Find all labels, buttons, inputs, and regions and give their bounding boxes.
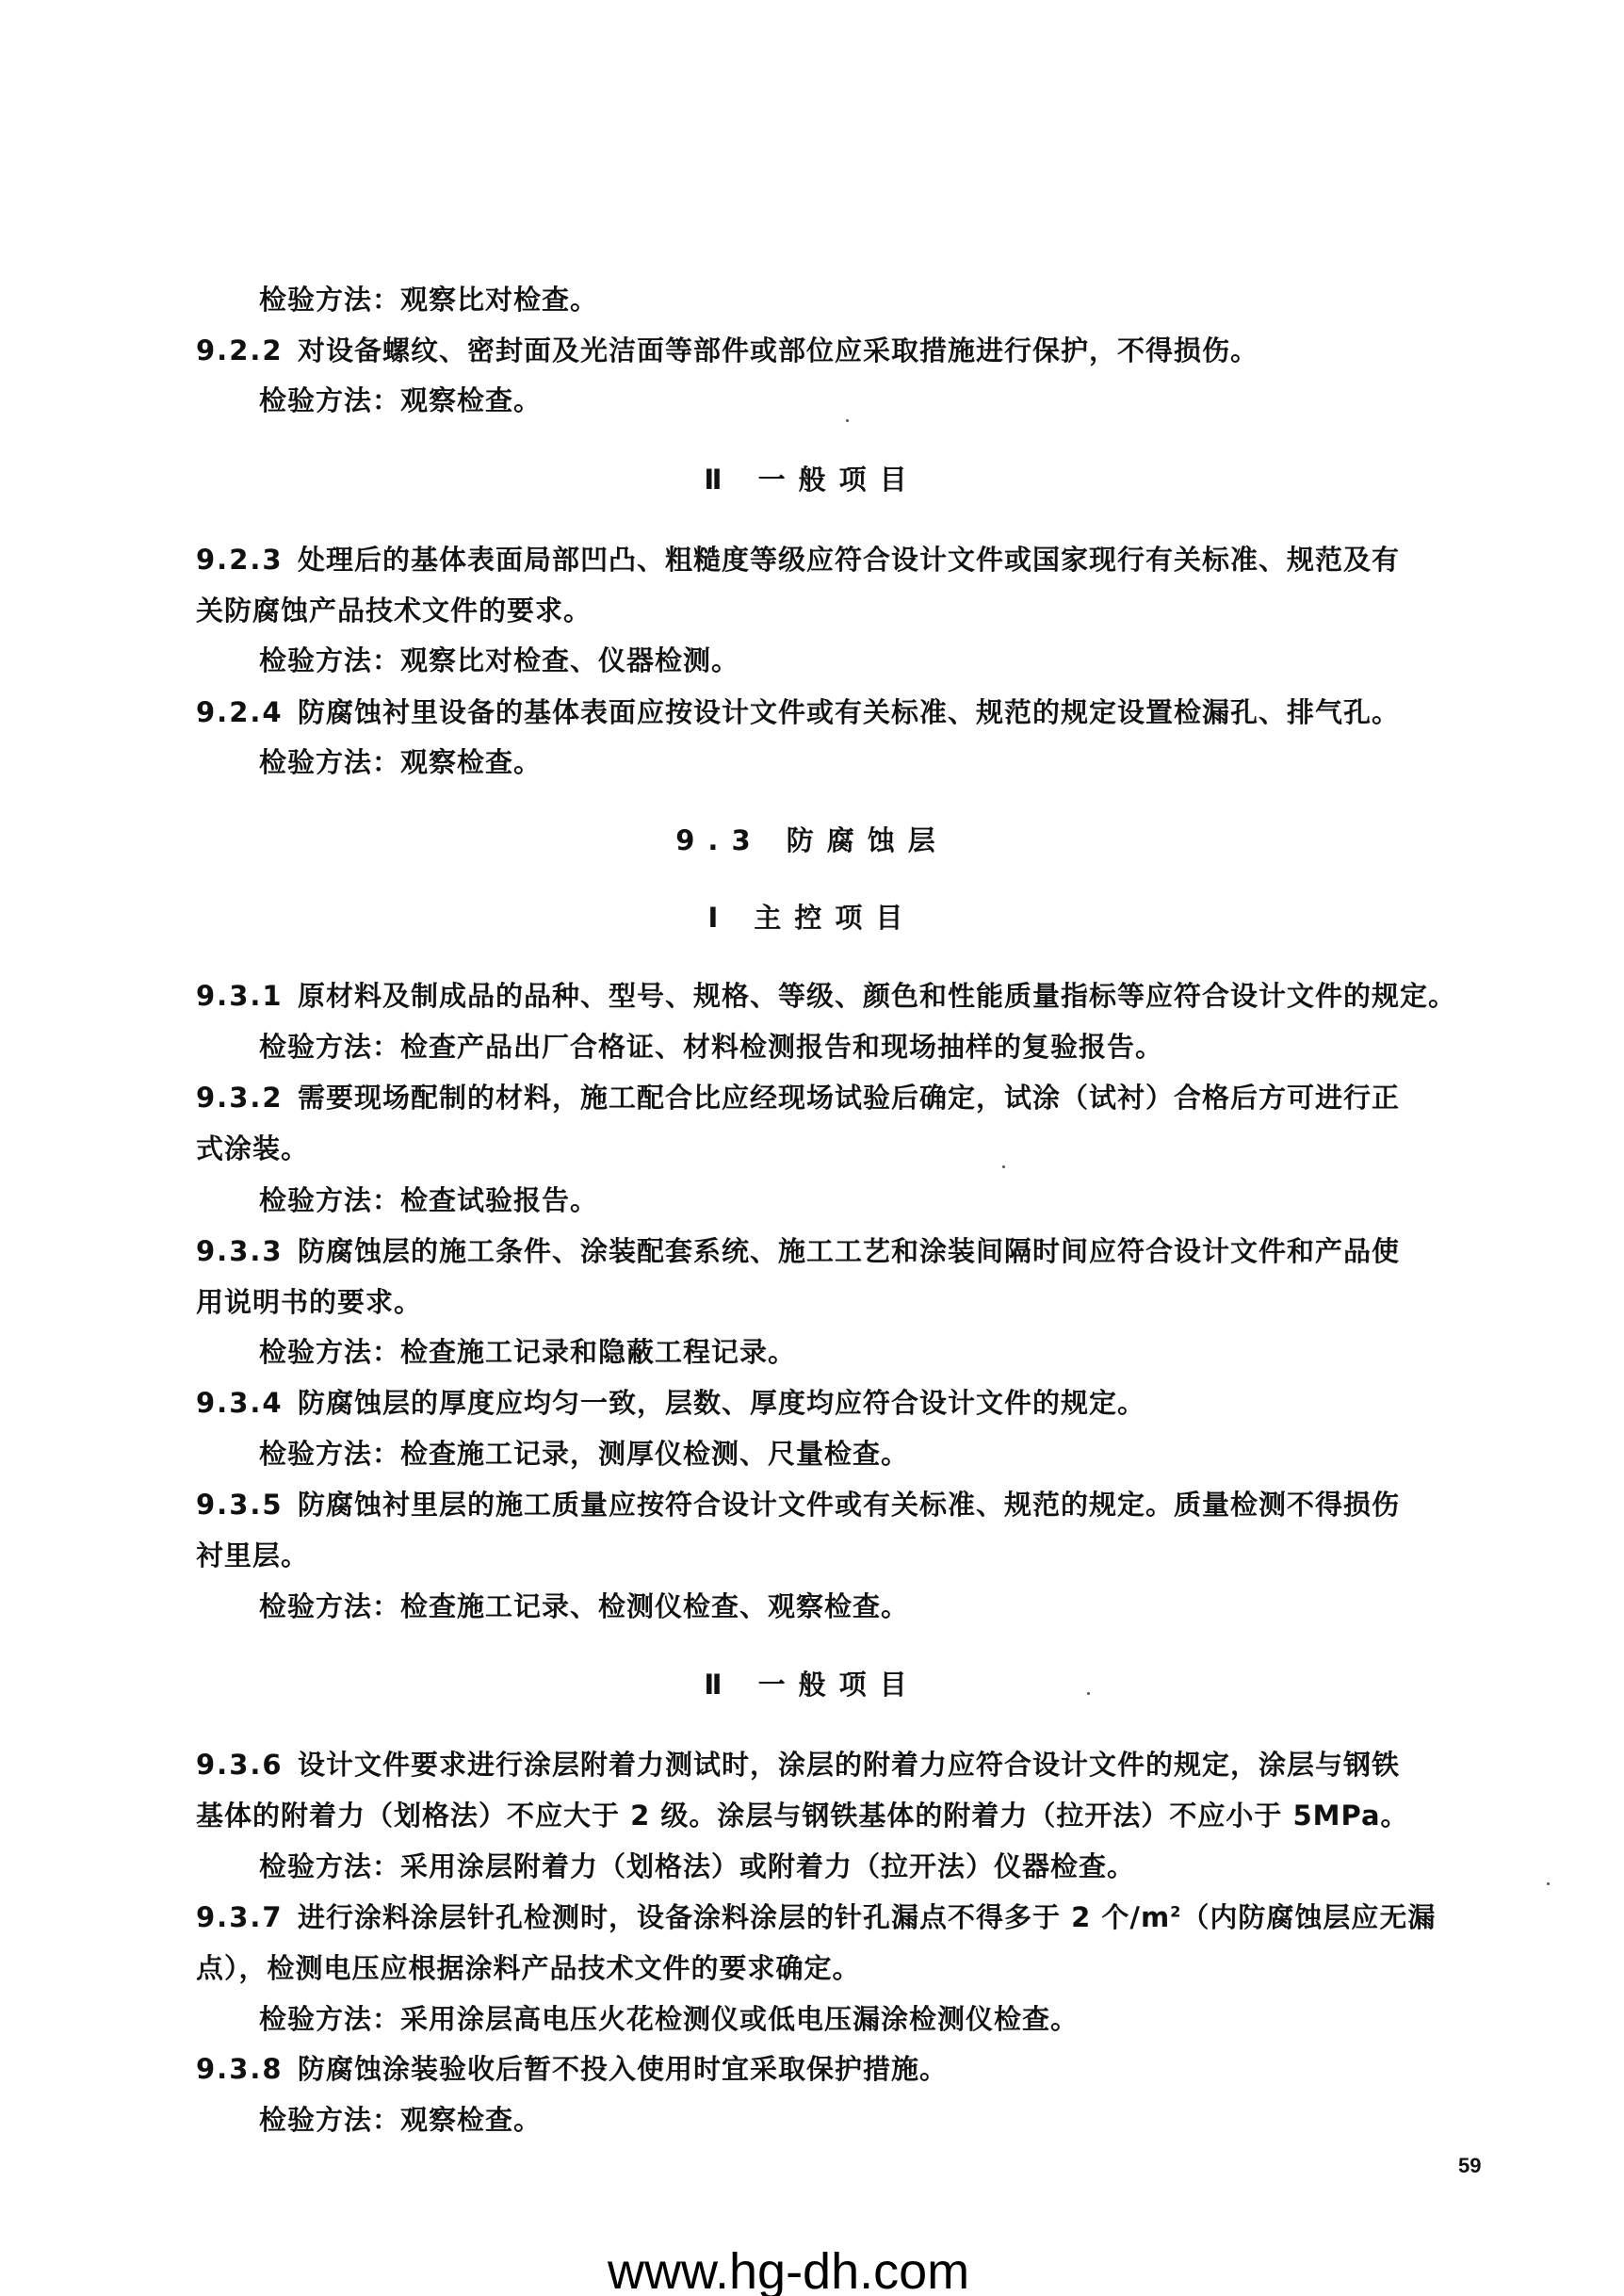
clause-text: 进行涂料涂层针孔检测时，设备涂料涂层的针孔漏点不得多于 2 个/m <box>298 1901 1170 1933</box>
inspection-method: 检验方法：观察检查。 <box>259 2104 542 2136</box>
clause-number: 9.3.7 <box>196 1901 298 1933</box>
inspection-method: 检验方法：采用涂层高电压火花检测仪或低电压漏涂检测仪检查。 <box>259 2003 1079 2035</box>
clause-text-cont: （内防腐蚀层应无漏 <box>1181 1901 1436 1933</box>
clause-number: 9.3.4 <box>196 1387 298 1419</box>
scan-speck <box>846 419 849 422</box>
clause-9-2-3: 9.2.3处理后的基体表面局部凹凸、粗糙度等级应符合设计文件或国家现行有关标准、… <box>196 544 1400 576</box>
page-number: 59 <box>1458 2154 1481 2178</box>
inspection-method: 检验方法：采用涂层附着力（划格法）或附着力（拉开法）仪器检查。 <box>259 1850 1135 1882</box>
clause-number: 9.2.3 <box>196 544 298 576</box>
clause-9-3-2: 9.3.2需要现场配制的材料，施工配合比应经现场试验后确定，试涂（试衬）合格后方… <box>196 1082 1400 1114</box>
clause-continuation: 基体的附着力（划格法）不应大于 2 级。涂层与钢铁基体的附着力（拉开法）不应小于… <box>196 1799 1409 1832</box>
clause-9-3-5: 9.3.5防腐蚀衬里层的施工质量应按符合设计文件或有关标准、规范的规定。质量检测… <box>196 1489 1400 1521</box>
clause-text: 处理后的基体表面局部凹凸、粗糙度等级应符合设计文件或国家现行有关标准、规范及有 <box>298 544 1400 576</box>
section-subheading: Ⅰ 主控项目 <box>0 902 1624 934</box>
clause-text: 需要现场配制的材料，施工配合比应经现场试验后确定，试涂（试衬）合格后方可进行正 <box>298 1082 1400 1114</box>
inspection-method: 检验方法：检查施工记录、检测仪检查、观察检查。 <box>259 1590 909 1622</box>
scan-speck <box>1087 1692 1090 1695</box>
inspection-method: 检验方法：观察比对检查、仪器检测。 <box>259 644 739 676</box>
clause-9-2-4: 9.2.4防腐蚀衬里设备的基体表面应按设计文件或有关标准、规范的规定设置检漏孔、… <box>196 696 1400 728</box>
clause-continuation: 式涂装。 <box>196 1132 309 1164</box>
section-heading: 9.3 防腐蚀层 <box>0 824 1624 856</box>
clause-continuation: 关防腐蚀产品技术文件的要求。 <box>196 594 592 627</box>
inspection-method: 检验方法：观察检查。 <box>259 746 542 778</box>
superscript: 2 <box>1170 1902 1181 1920</box>
watermark-link[interactable]: www.hg-dh.com <box>608 2242 969 2296</box>
clause-number: 9.2.4 <box>196 696 298 728</box>
clause-9-3-7: 9.3.7进行涂料涂层针孔检测时，设备涂料涂层的针孔漏点不得多于 2 个/m2（… <box>196 1901 1436 1933</box>
clause-text: 设计文件要求进行涂层附着力测试时，涂层的附着力应符合设计文件的规定，涂层与钢铁 <box>298 1749 1400 1781</box>
scan-speck <box>1002 1165 1005 1168</box>
clause-number: 9.3.2 <box>196 1082 298 1114</box>
inspection-method: 检验方法：检查试验报告。 <box>259 1184 598 1216</box>
inspection-method: 检验方法：检查施工记录，测厚仪检测、尺量检查。 <box>259 1438 909 1470</box>
clause-continuation: 用说明书的要求。 <box>196 1286 422 1318</box>
clause-number: 9.3.1 <box>196 980 298 1012</box>
clause-text: 原材料及制成品的品种、型号、规格、等级、颜色和性能质量指标等应符合设计文件的规定… <box>298 980 1456 1012</box>
section-subheading: Ⅱ 一般项目 <box>0 464 1624 496</box>
clause-text: 防腐蚀层的施工条件、涂装配套系统、施工工艺和涂装间隔时间应符合设计文件和产品使 <box>298 1235 1400 1267</box>
clause-number: 9.3.3 <box>196 1235 298 1267</box>
inspection-method: 检验方法：检查施工记录和隐蔽工程记录。 <box>259 1336 796 1368</box>
inspection-method: 检验方法：观察检查。 <box>259 384 542 416</box>
clause-9-3-6: 9.3.6设计文件要求进行涂层附着力测试时，涂层的附着力应符合设计文件的规定，涂… <box>196 1749 1400 1781</box>
inspection-method: 检验方法：检查产品出厂合格证、材料检测报告和现场抽样的复验报告。 <box>259 1031 1163 1063</box>
clause-text: 防腐蚀衬里层的施工质量应按符合设计文件或有关标准、规范的规定。质量检测不得损伤 <box>298 1489 1400 1521</box>
clause-9-3-3: 9.3.3防腐蚀层的施工条件、涂装配套系统、施工工艺和涂装间隔时间应符合设计文件… <box>196 1235 1400 1267</box>
document-page: 检验方法：观察比对检查。 9.2.2对设备螺纹、密封面及光洁面等部件或部位应采取… <box>0 0 1624 2296</box>
clause-9-3-8: 9.3.8防腐蚀涂装验收后暂不投入使用时宜采取保护措施。 <box>196 2053 948 2085</box>
clause-text: 防腐蚀涂装验收后暂不投入使用时宜采取保护措施。 <box>298 2053 948 2085</box>
clause-continuation: 衬里层。 <box>196 1539 309 1571</box>
clause-number: 9.2.2 <box>196 334 298 366</box>
clause-9-3-4: 9.3.4防腐蚀层的厚度应均匀一致，层数、厚度均应符合设计文件的规定。 <box>196 1387 1145 1419</box>
clause-continuation: 点），检测电压应根据涂料产品技术文件的要求确定。 <box>196 1952 861 1984</box>
clause-text: 防腐蚀层的厚度应均匀一致，层数、厚度均应符合设计文件的规定。 <box>298 1387 1145 1419</box>
clause-number: 9.3.8 <box>196 2053 298 2085</box>
clause-9-3-1: 9.3.1原材料及制成品的品种、型号、规格、等级、颜色和性能质量指标等应符合设计… <box>196 980 1456 1012</box>
scan-speck <box>1547 1882 1550 1885</box>
clause-number: 9.3.5 <box>196 1489 298 1521</box>
clause-text: 防腐蚀衬里设备的基体表面应按设计文件或有关标准、规范的规定设置检漏孔、排气孔。 <box>298 696 1400 728</box>
clause-9-2-2: 9.2.2对设备螺纹、密封面及光洁面等部件或部位应采取措施进行保护，不得损伤。 <box>196 334 1259 366</box>
clause-number: 9.3.6 <box>196 1749 298 1781</box>
inspection-method: 检验方法：观察比对检查。 <box>259 284 598 316</box>
section-subheading: Ⅱ 一般项目 <box>0 1669 1624 1701</box>
clause-text: 对设备螺纹、密封面及光洁面等部件或部位应采取措施进行保护，不得损伤。 <box>298 334 1259 366</box>
